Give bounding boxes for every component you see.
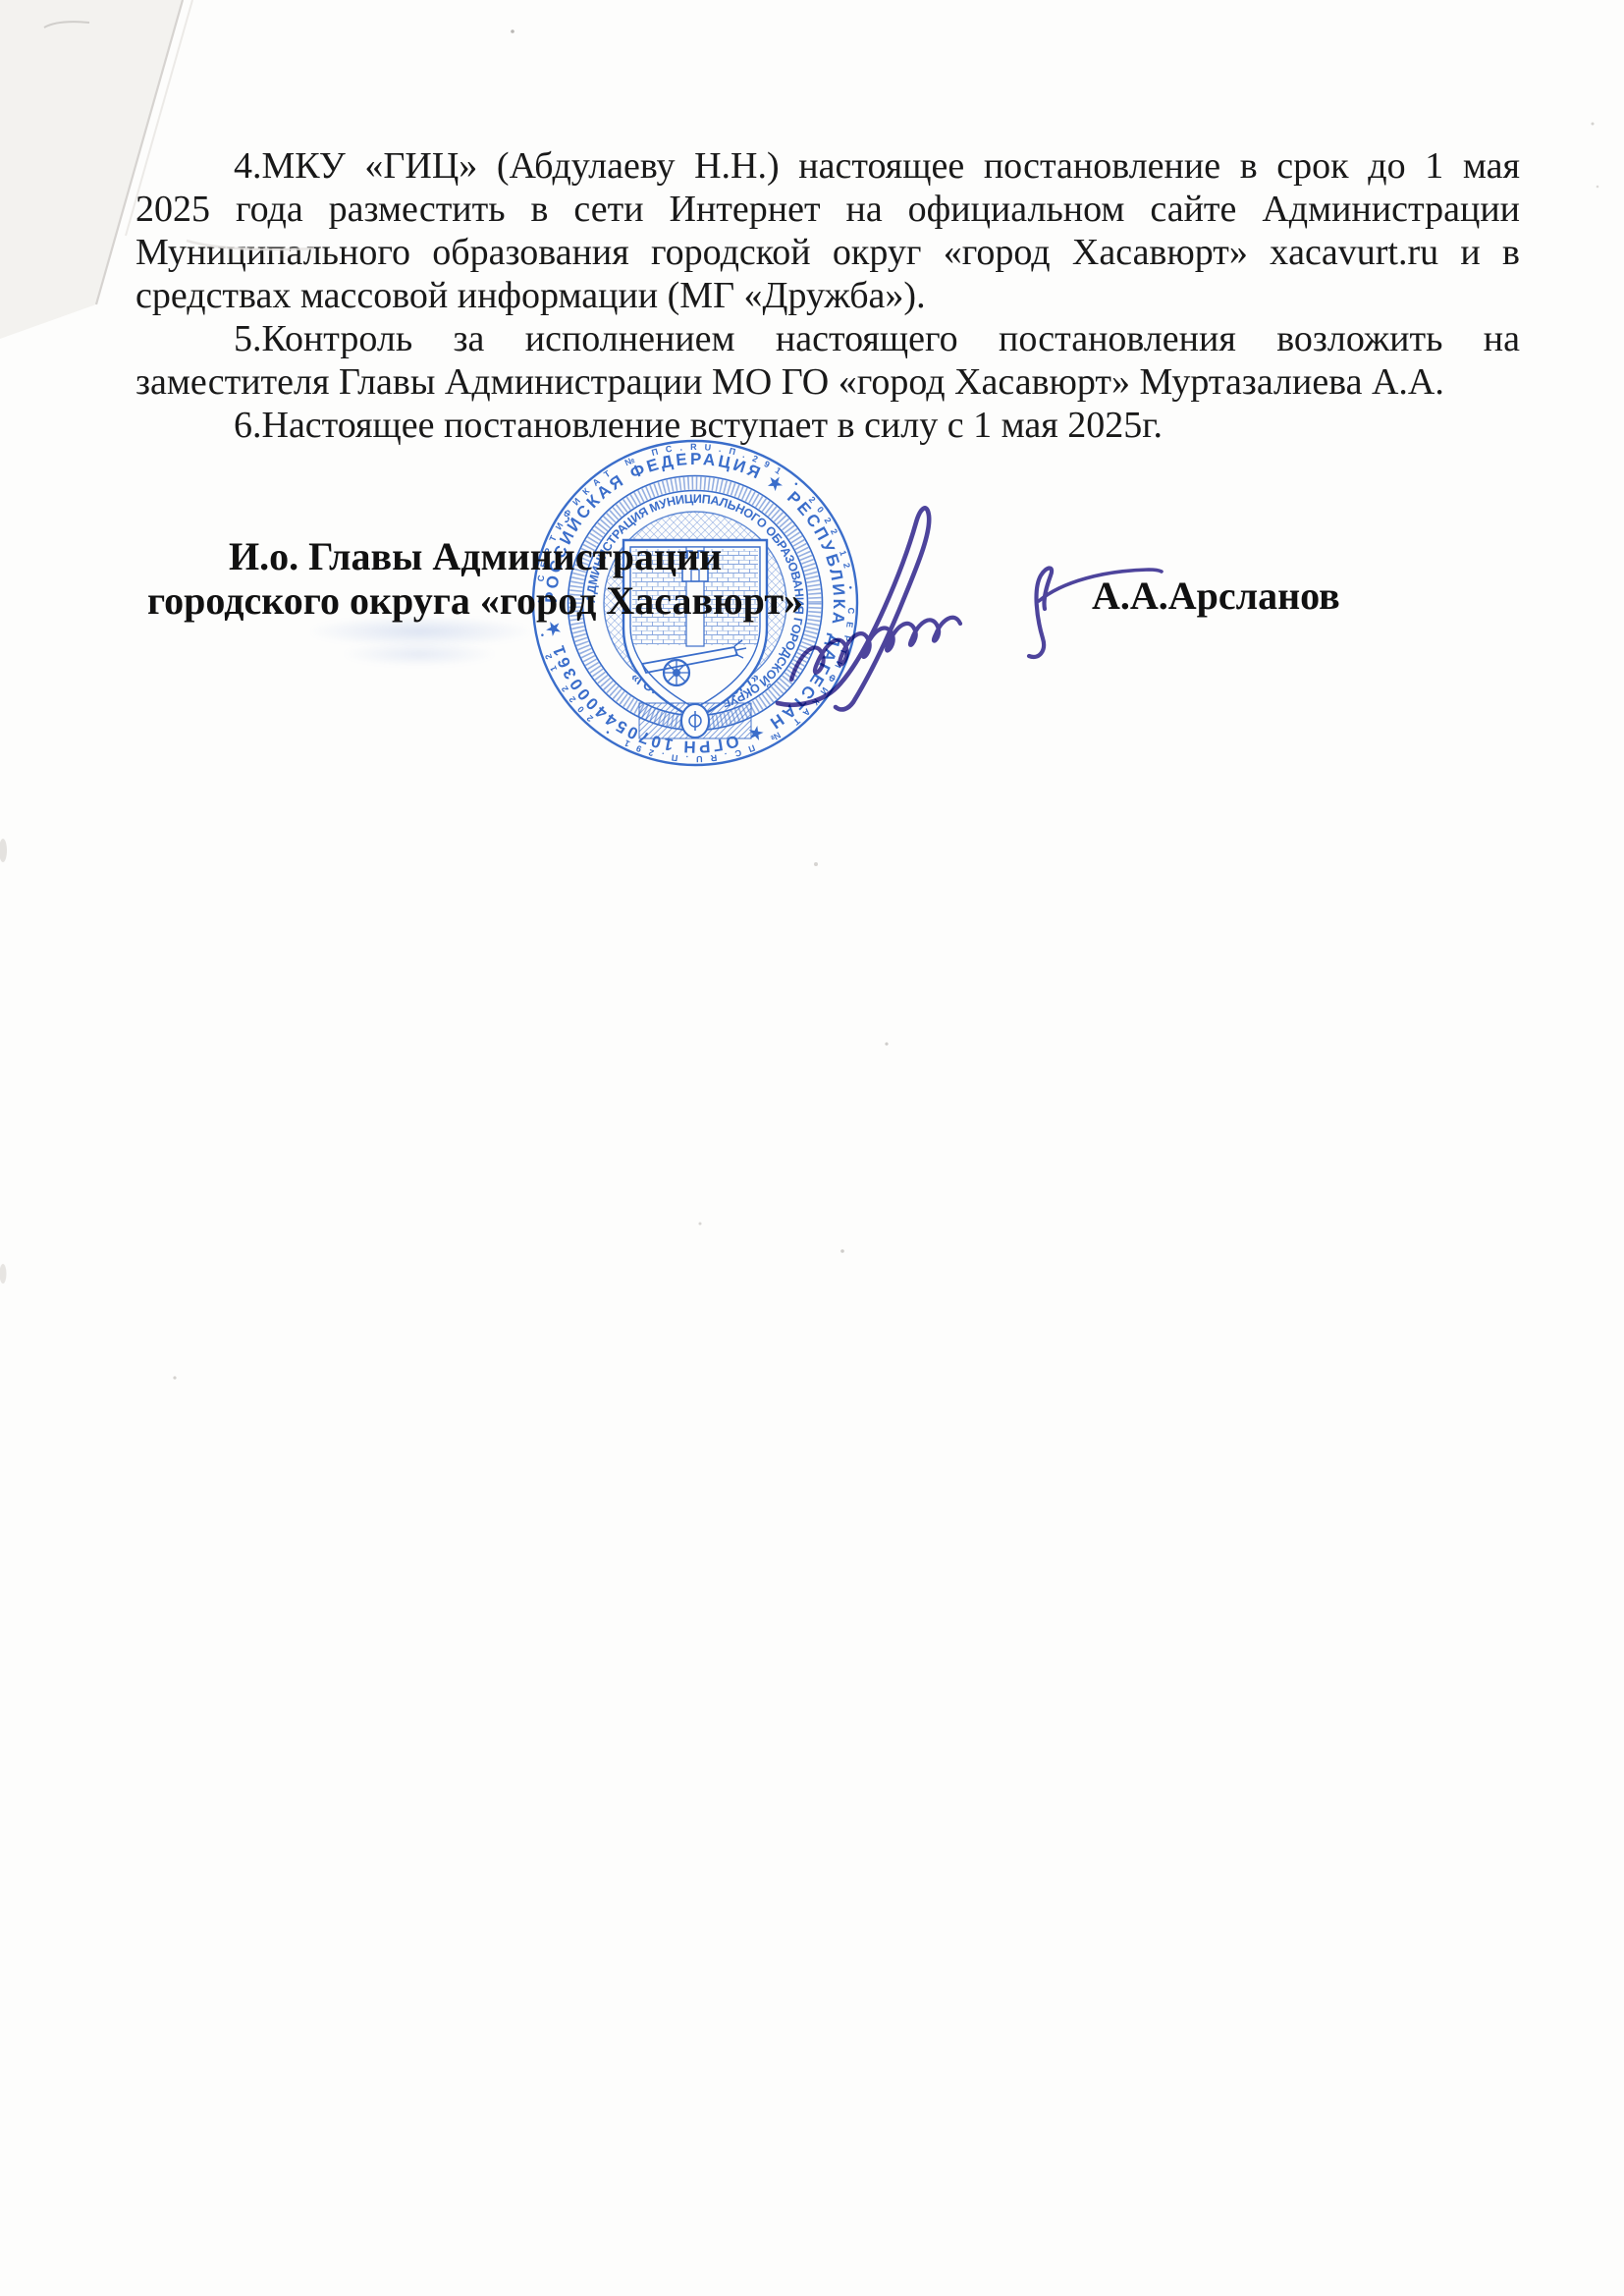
- signature-title-line-2: городского округа «город Хасавюрт»: [147, 578, 803, 623]
- dust-speck: [840, 1249, 844, 1253]
- ink-ghost-smudge: [346, 642, 493, 666]
- corner-wisp-mark: [44, 22, 89, 27]
- dust-speck: [814, 862, 818, 866]
- signature-title-line-1: И.о. Главы Администрации: [229, 534, 803, 578]
- signature-flourish: [1039, 570, 1162, 601]
- scanned-document-page: • СЕРТИФИКАТ № ПС.RU.П.291 • 2022 12 • С…: [0, 0, 1624, 2296]
- text-line: заместителя Главы Администрации МО ГО «г…: [135, 360, 1520, 404]
- dust-speck: [885, 1042, 888, 1045]
- signature-ink: [727, 471, 1276, 756]
- edge-smudge: [0, 1264, 7, 1284]
- signature-main-stroke: [778, 508, 929, 709]
- text-line: 2025 года разместить в сети Интернет на …: [135, 188, 1520, 231]
- edge-smudge: [0, 839, 7, 862]
- text-line: Муниципального образования городской окр…: [135, 231, 1520, 274]
- signature-title-block: И.о. Главы Администрации городского окру…: [147, 534, 803, 623]
- dust-speck: [1592, 123, 1595, 126]
- dust-speck: [699, 1223, 702, 1226]
- text-line: 4.МКУ «ГИЦ» (Абдулаеву Н.Н.) настоящее п…: [135, 144, 1520, 188]
- document-paragraph-5: 5.Контроль за исполнением настоящего пос…: [135, 317, 1520, 404]
- document-paragraph-4: 4.МКУ «ГИЦ» (Абдулаеву Н.Н.) настоящее п…: [135, 144, 1520, 317]
- text-line: средствах массовой информации (МГ «Дружб…: [135, 274, 1520, 317]
- text-line: 5.Контроль за исполнением настоящего пос…: [135, 317, 1520, 360]
- dust-speck: [1597, 186, 1599, 189]
- document-body-text: 4.МКУ «ГИЦ» (Абдулаеву Н.Н.) настоящее п…: [135, 144, 1520, 447]
- dust-speck: [511, 29, 514, 33]
- dust-speck: [173, 1376, 176, 1379]
- signature-brace-stroke: [1029, 569, 1052, 657]
